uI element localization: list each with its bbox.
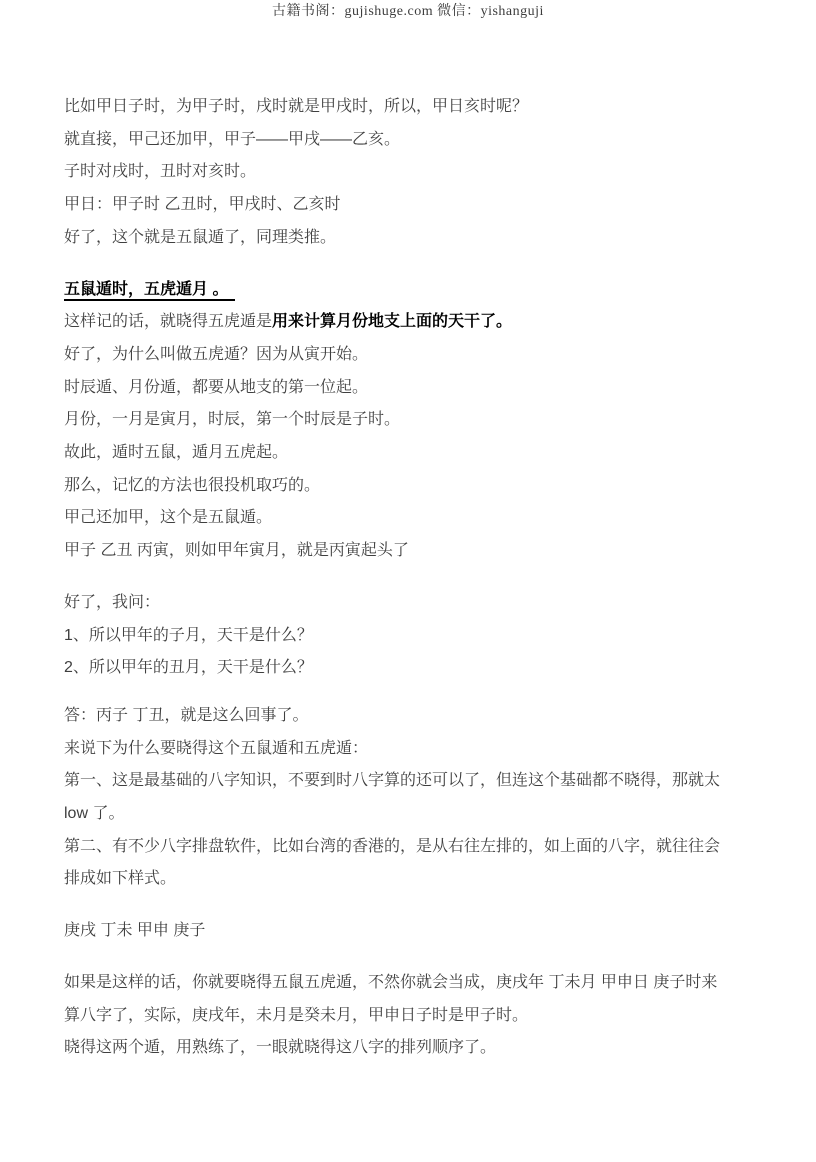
paragraph-warning: 如果是这样的话，你就要晓得五鼠五虎遁，不然你就会当成，庚戌年 丁未月 甲申日 庚… xyxy=(64,967,732,1032)
paragraph-question-1: 1、所以甲年的子月，天干是什么？ xyxy=(64,620,732,653)
paragraph-reason-2: 第二、有不少八字排盘软件，比如台湾的香港的，是从右往左排的，如上面的八字，就往往… xyxy=(64,831,732,896)
document-page: 古籍书阁：gujishuge.com 微信：yishanguji 比如甲日子时，… xyxy=(0,0,816,1162)
paragraph-jiari-hours: 甲日：甲子时 乙丑时，甲戌时、乙亥时 xyxy=(64,189,732,222)
document-body: 比如甲日子时，为甲子时，戌时就是甲戌时，所以，甲日亥时呢？ 就直接，甲己还加甲，… xyxy=(64,91,732,1065)
section-heading: 五鼠遁时，五虎遁月 。 xyxy=(64,281,235,301)
paragraph-spacer xyxy=(64,568,732,587)
paragraph-dizhi-first: 时辰遁、月份遁，都要从地支的第一位起。 xyxy=(64,372,732,405)
paragraph-wuhudun-purpose-normal: 这样记的话，就晓得五虎遁是 xyxy=(64,313,272,330)
paragraph-wushudun-summary: 好了，这个就是五鼠遁了，同理类推。 xyxy=(64,222,732,255)
paragraph-wuhudun-purpose: 这样记的话，就晓得五虎遁是用来计算月份地支上面的天干了。 xyxy=(64,306,732,339)
paragraph-month-hour: 月份，一月是寅月，时辰，第一个时辰是子时。 xyxy=(64,404,732,437)
paragraph-jiazi-yichou-bingyin: 甲子 乙丑 丙寅，则如甲年寅月，就是丙寅起头了 xyxy=(64,535,732,568)
paragraph-reason-1: 第一、这是最基础的八字知识，不要到时八字算的还可以了，但连这个基础都不晓得，那就… xyxy=(64,765,732,830)
section-heading-line: 五鼠遁时，五虎遁月 。 xyxy=(64,274,732,307)
paragraph-guci: 故此，遁时五鼠，遁月五虎起。 xyxy=(64,437,732,470)
paragraph-spacer xyxy=(64,948,732,967)
watermark-header: 古籍书阁：gujishuge.com 微信：yishanguji xyxy=(0,2,816,22)
paragraph-example-jiazi: 比如甲日子时，为甲子时，戌时就是甲戌时，所以，甲日亥时呢？ xyxy=(64,91,732,124)
paragraph-question-2: 2、所以甲年的丑月，天干是什么？ xyxy=(64,652,732,685)
paragraph-jiaji-rule: 就直接，甲己还加甲，甲子——甲戌——乙亥。 xyxy=(64,124,732,157)
paragraph-spacer xyxy=(64,896,732,915)
paragraph-why-wuhudun: 好了，为什么叫做五虎遁？因为从寅开始。 xyxy=(64,339,732,372)
paragraph-bazi-example: 庚戌 丁未 甲申 庚子 xyxy=(64,915,732,948)
paragraph-answer: 答：丙子 丁丑，就是这么回事了。 xyxy=(64,700,732,733)
paragraph-question-intro: 好了，我问： xyxy=(64,587,732,620)
paragraph-why-learn: 来说下为什么要晓得这个五鼠遁和五虎遁： xyxy=(64,733,732,766)
paragraph-conclusion: 晓得这两个遁，用熟练了，一眼就晓得这八字的排列顺序了。 xyxy=(64,1032,732,1065)
paragraph-zishi-pair: 子时对戌时，丑时对亥时。 xyxy=(64,156,732,189)
paragraph-spacer xyxy=(64,685,732,700)
paragraph-wuhudun-purpose-bold: 用来计算月份地支上面的天干了。 xyxy=(272,313,512,330)
paragraph-memory-trick: 那么，记忆的方法也很投机取巧的。 xyxy=(64,470,732,503)
paragraph-spacer xyxy=(64,255,732,274)
paragraph-jiaji-wushudun: 甲己还加甲，这个是五鼠遁。 xyxy=(64,502,732,535)
